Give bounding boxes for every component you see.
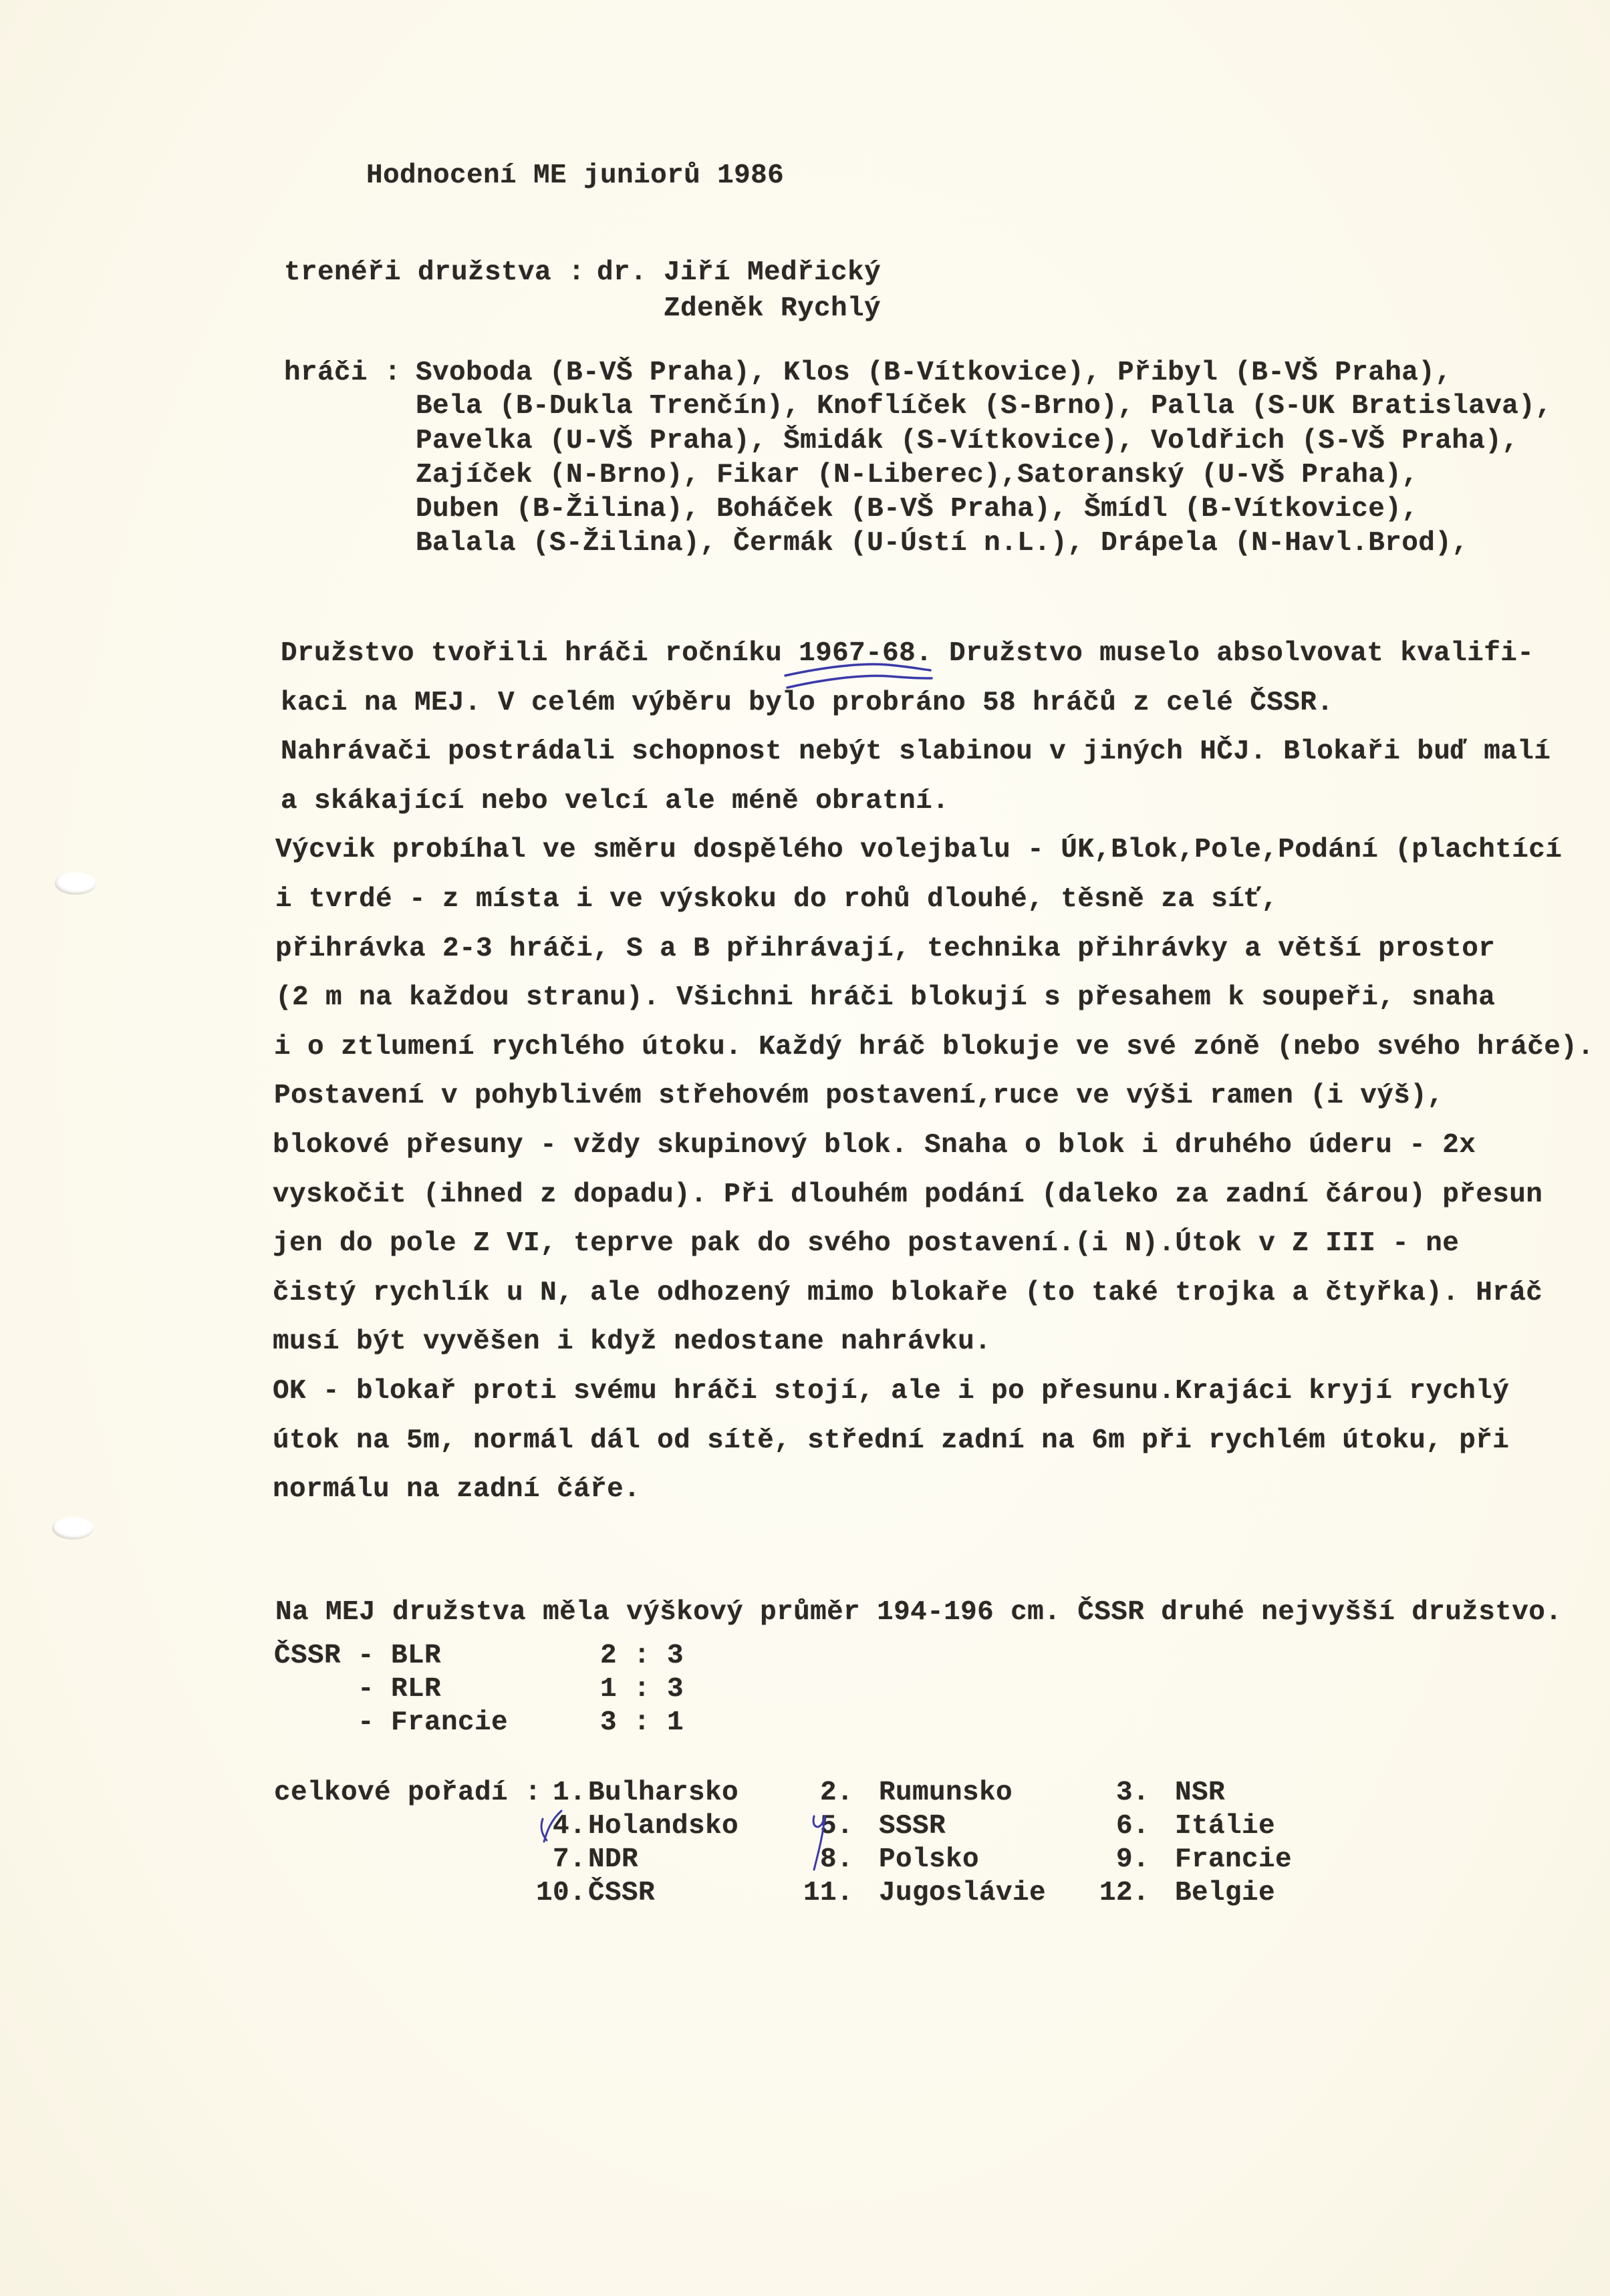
handwritten-check-mark [535,1806,568,1846]
punch-hole-bottom [52,1517,94,1540]
rank-team: Francie [1175,1843,1292,1876]
player-line: Balala (S-Žilina), Čermák (U-Ústí n.L.),… [416,527,1468,560]
rank-position: 1. [553,1776,586,1810]
text-line: jen do pole Z VI, teprve pak do svého po… [273,1227,1459,1260]
document-title: Hodnocení ME juniorů 1986 [366,159,784,192]
coach-name: Zdeněk Rychlý [664,292,881,325]
text-line: a skákající nebo velcí ale méně obratní. [281,784,949,818]
rank-position: 6. [1116,1810,1150,1843]
text-line: Výcvik probíhal ve směru dospělého volej… [275,833,1562,867]
player-line: Pavelka (U-VŠ Praha), Šmidák (S-Vítkovic… [416,424,1518,458]
rank-team: Belgie [1175,1876,1275,1910]
rank-team: Polsko [879,1843,979,1876]
text-line: čistý rychlík u N, ale odhozený mimo blo… [273,1276,1542,1310]
match-score: 1 : 3 [600,1673,684,1706]
punch-hole-top [55,872,96,895]
rank-team: Bulharsko [588,1776,739,1810]
ranking-label: celkové pořadí : [274,1776,541,1810]
rank-team: ČSSR [588,1876,655,1910]
rank-team: Holandsko [588,1810,739,1843]
text-line: normálu na zadní čáře. [273,1473,640,1506]
coaches-label: trenéři družstva : [284,256,585,289]
text-line: musí být vyvěšen i když nedostane nahráv… [273,1325,991,1358]
coach-name: dr. Jiří Medřický [597,256,881,289]
players-label: hráči : [284,356,401,390]
rank-position: 10. [536,1876,586,1910]
handwritten-double-underline [782,658,936,692]
player-line: Bela (B-Dukla Trenčín), Knoflíček (S-Brn… [416,390,1552,423]
rank-team: NSR [1175,1776,1225,1810]
match-score: 3 : 1 [600,1706,684,1739]
match-pairing: ČSSR - BLR [274,1639,441,1673]
text-line: (2 m na každou stranu). Všichni hráči bl… [275,981,1495,1014]
text-line: i tvrdé - z místa i ve výskoku do rohů d… [275,883,1278,916]
text-line: přihrávka 2-3 hráči, S a B přihrávají, t… [275,932,1495,966]
text-line: vyskočit (ihned z dopadu). Při dlouhém p… [273,1178,1542,1211]
text-line: Nahrávači postrádali schopnost nebýt sla… [281,735,1551,768]
rank-team: Itálie [1175,1810,1275,1843]
rank-position: 7. [553,1843,586,1876]
rank-team: Jugoslávie [879,1876,1046,1910]
handwritten-rank-4-mark [807,1812,834,1872]
rank-position: 11. [803,1876,853,1910]
rank-position: 2. [820,1776,853,1810]
rank-position: 9. [1116,1843,1150,1876]
text-line: i o ztlumení rychlého útoku. Každý hráč … [274,1030,1594,1064]
rank-position: 3. [1116,1776,1150,1810]
rank-team: Rumunsko [879,1776,1013,1810]
match-score: 2 : 3 [600,1639,684,1673]
text-line: útok na 5m, normál dál od sítě, střední … [273,1424,1509,1457]
match-pairing: - Francie [274,1706,508,1739]
match-pairing: - RLR [274,1673,441,1706]
text-line: Postavení v pohyblivém střehovém postave… [274,1079,1444,1113]
text-line: OK - blokař proti svému hráči stojí, ale… [273,1375,1509,1408]
height-note: Na MEJ družstva měla výškový průměr 194-… [275,1596,1562,1629]
player-line: Zajíček (N-Brno), Fikar (N-Liberec),Sato… [416,458,1418,492]
player-line: Svoboda (B-VŠ Praha), Klos (B-Vítkovice)… [416,356,1452,390]
player-line: Duben (B-Žilina), Boháček (B-VŠ Praha), … [416,492,1418,526]
rank-team: NDR [588,1843,638,1876]
rank-team: SSSR [879,1810,946,1843]
rank-position: 12. [1099,1876,1150,1910]
text-line: blokové přesuny - vždy skupinový blok. S… [273,1129,1476,1162]
